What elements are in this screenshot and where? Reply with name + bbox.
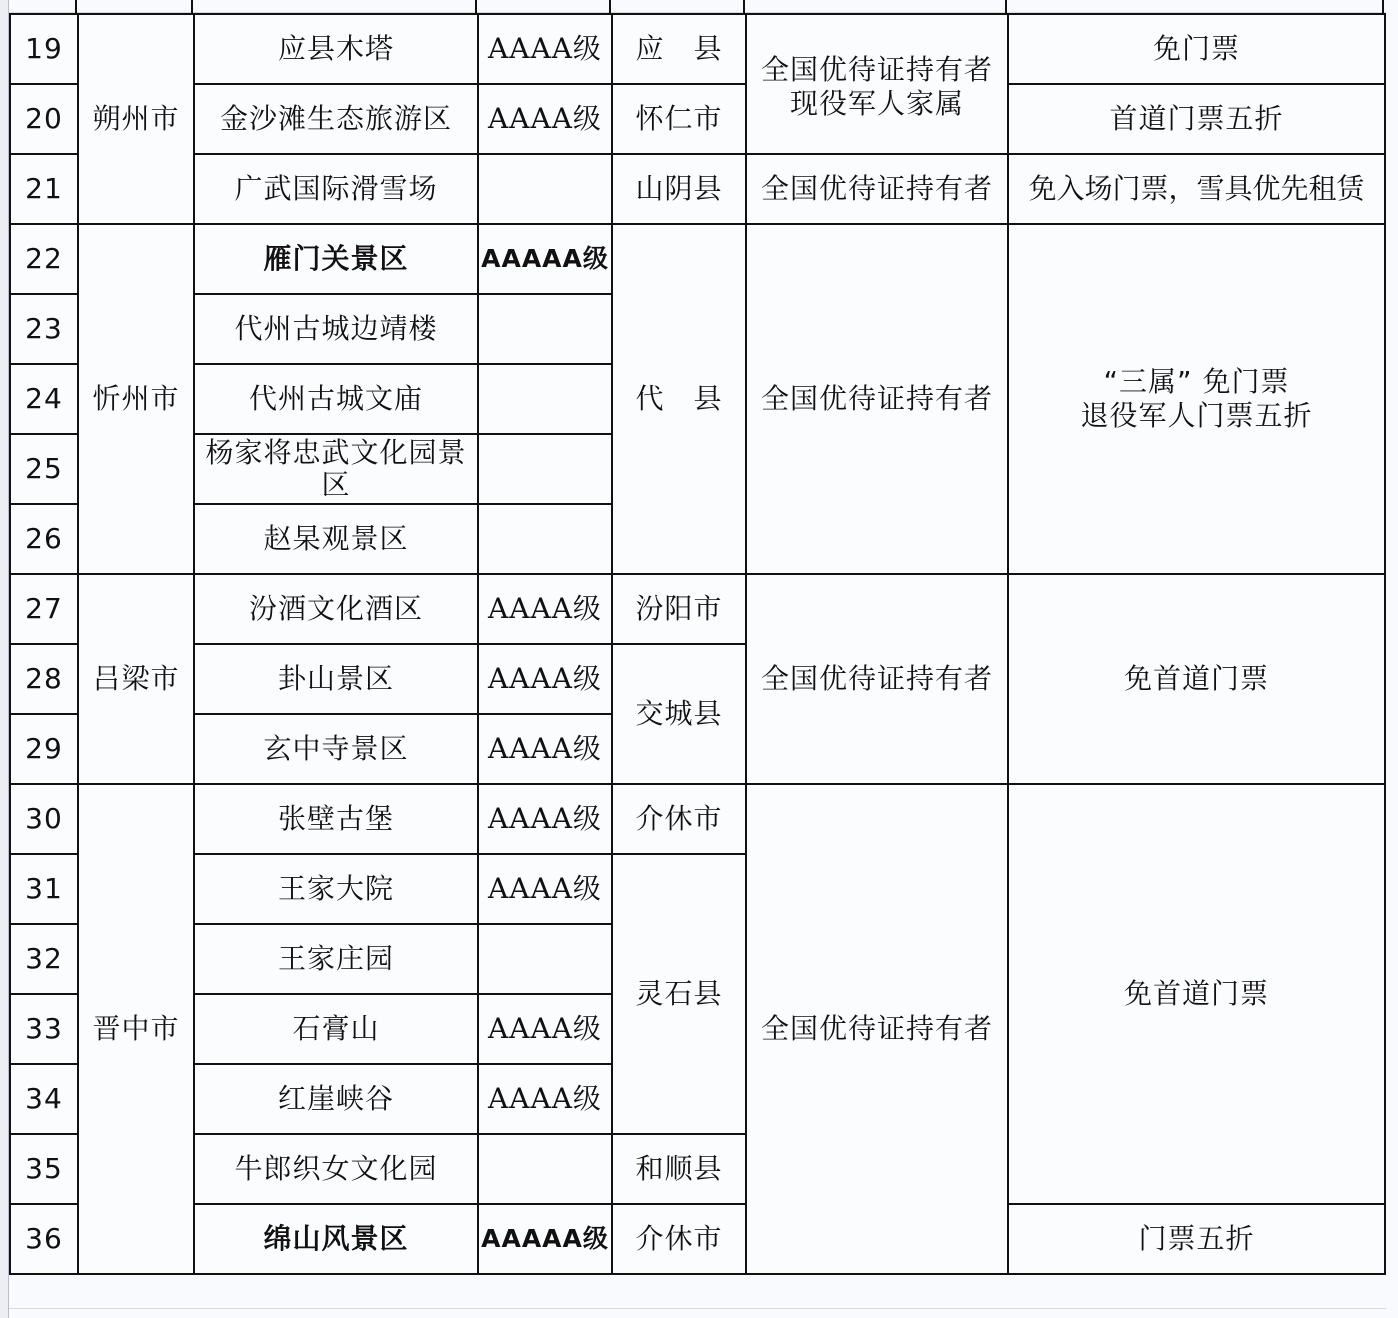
row-number[interactable]: 29 xyxy=(10,714,78,784)
table-row: 19 朔州市 应县木塔 AAAA级 应 县 全国优待证持有者 现役军人家属 免门… xyxy=(10,14,1385,84)
grade-cell[interactable] xyxy=(478,1134,612,1204)
grade-cell[interactable] xyxy=(478,154,612,224)
county-cell[interactable]: 汾阳市 xyxy=(612,574,746,644)
table-row: 22 忻州市 雁门关景区 AAAAA级 代 县 全国优待证持有者 “三属” 免门… xyxy=(10,224,1385,294)
county-cell[interactable]: 应 县 xyxy=(612,14,746,84)
row-number[interactable]: 19 xyxy=(10,14,78,84)
row-number[interactable]: 36 xyxy=(10,1204,78,1274)
scenic-name-cell[interactable]: 红崖峡谷 xyxy=(194,1064,478,1134)
policy-cell[interactable]: 首道门票五折 xyxy=(1008,84,1385,154)
scenic-name-cell[interactable]: 广武国际滑雪场 xyxy=(194,154,478,224)
city-cell[interactable]: 忻州市 xyxy=(78,224,194,574)
row-number[interactable]: 35 xyxy=(10,1134,78,1204)
scenic-name-cell[interactable]: 杨家将忠武文化园景 区 xyxy=(194,434,478,504)
county-cell[interactable]: 和顺县 xyxy=(612,1134,746,1204)
target-cell[interactable]: 全国优待证持有者 xyxy=(746,224,1008,574)
table-row: 20 金沙滩生态旅游区 AAAA级 怀仁市 首道门票五折 xyxy=(10,84,1385,154)
table-row: 36 绵山风景区 AAAAA级 介休市 门票五折 xyxy=(10,1204,1385,1274)
row-header-strip xyxy=(0,0,9,1318)
target-cell[interactable]: 全国优待证持有者 现役军人家属 xyxy=(746,14,1008,154)
table-row: 21 广武国际滑雪场 山阴县 全国优待证持有者 免入场门票，雪具优先租赁 xyxy=(10,154,1385,224)
scenic-name-cell[interactable]: 玄中寺景区 xyxy=(194,714,478,784)
row-number[interactable]: 20 xyxy=(10,84,78,154)
row-number[interactable]: 33 xyxy=(10,994,78,1064)
row-number[interactable]: 27 xyxy=(10,574,78,644)
county-cell[interactable]: 怀仁市 xyxy=(612,84,746,154)
grade-cell[interactable] xyxy=(478,504,612,574)
row-number[interactable]: 31 xyxy=(10,854,78,924)
grade-cell[interactable]: AAAA级 xyxy=(478,644,612,714)
row-number[interactable]: 22 xyxy=(10,224,78,294)
scenic-name-cell[interactable]: 绵山风景区 xyxy=(194,1204,478,1274)
scenic-name-cell[interactable]: 汾酒文化酒区 xyxy=(194,574,478,644)
row-number[interactable]: 26 xyxy=(10,504,78,574)
scenic-name-cell[interactable]: 石膏山 xyxy=(194,994,478,1064)
scenic-name-cell[interactable]: 代州古城边靖楼 xyxy=(194,294,478,364)
table-row: 27 吕梁市 汾酒文化酒区 AAAA级 汾阳市 全国优待证持有者 免首道门票 xyxy=(10,574,1385,644)
grade-cell[interactable]: AAAA级 xyxy=(478,1064,612,1134)
scenic-name-cell[interactable]: 应县木塔 xyxy=(194,14,478,84)
grade-cell[interactable]: AAAA级 xyxy=(478,84,612,154)
city-cell[interactable]: 朔州市 xyxy=(78,14,194,224)
sheet-right-area xyxy=(1386,0,1398,1318)
grade-cell[interactable] xyxy=(478,364,612,434)
county-cell[interactable]: 灵石县 xyxy=(612,854,746,1134)
scenic-name-cell[interactable]: 雁门关景区 xyxy=(194,224,478,294)
table-row: 30 晋中市 张壁古堡 AAAA级 介休市 全国优待证持有者 免首道门票 xyxy=(10,784,1385,854)
grade-cell[interactable]: AAAA级 xyxy=(478,784,612,854)
county-cell[interactable]: 介休市 xyxy=(612,1204,746,1274)
county-cell[interactable]: 山阴县 xyxy=(612,154,746,224)
scenic-name-cell[interactable]: 金沙滩生态旅游区 xyxy=(194,84,478,154)
row-number[interactable]: 24 xyxy=(10,364,78,434)
county-cell[interactable]: 代 县 xyxy=(612,224,746,574)
grade-cell[interactable] xyxy=(478,924,612,994)
row-number[interactable]: 32 xyxy=(10,924,78,994)
scenic-name-cell[interactable]: 赵杲观景区 xyxy=(194,504,478,574)
city-cell[interactable]: 吕梁市 xyxy=(78,574,194,784)
row-number[interactable]: 25 xyxy=(10,434,78,504)
grade-cell[interactable]: AAAAA级 xyxy=(478,224,612,294)
grade-cell[interactable] xyxy=(478,294,612,364)
grade-cell[interactable]: AAAA级 xyxy=(478,714,612,784)
scenic-spot-discount-table: 19 朔州市 应县木塔 AAAA级 应 县 全国优待证持有者 现役军人家属 免门… xyxy=(9,13,1386,1275)
target-cell[interactable]: 全国优待证持有者 xyxy=(746,574,1008,784)
scenic-name-cell[interactable]: 代州古城文庙 xyxy=(194,364,478,434)
row-number[interactable]: 21 xyxy=(10,154,78,224)
scenic-name-cell[interactable]: 王家大院 xyxy=(194,854,478,924)
scenic-name-cell[interactable]: 王家庄园 xyxy=(194,924,478,994)
grade-cell[interactable]: AAAA级 xyxy=(478,14,612,84)
row-number[interactable]: 28 xyxy=(10,644,78,714)
county-cell[interactable]: 介休市 xyxy=(612,784,746,854)
scenic-name-cell[interactable]: 牛郎织女文化园 xyxy=(194,1134,478,1204)
city-cell[interactable]: 晋中市 xyxy=(78,784,194,1274)
spreadsheet-table-container: 19 朔州市 应县木塔 AAAA级 应 县 全国优待证持有者 现役军人家属 免门… xyxy=(9,13,1386,1275)
row-number[interactable]: 23 xyxy=(10,294,78,364)
grade-cell[interactable]: AAAA级 xyxy=(478,854,612,924)
grade-cell[interactable] xyxy=(478,434,612,504)
policy-cell[interactable]: 门票五折 xyxy=(1008,1204,1385,1274)
grade-cell[interactable]: AAAA级 xyxy=(478,994,612,1064)
target-cell[interactable]: 全国优待证持有者 xyxy=(746,154,1008,224)
row-number[interactable]: 30 xyxy=(10,784,78,854)
row-number[interactable]: 34 xyxy=(10,1064,78,1134)
scenic-name-cell[interactable]: 卦山景区 xyxy=(194,644,478,714)
policy-cell[interactable]: 免首道门票 xyxy=(1008,574,1385,784)
grade-cell[interactable]: AAAAA级 xyxy=(478,1204,612,1274)
county-cell[interactable]: 交城县 xyxy=(612,644,746,784)
policy-cell[interactable]: 免首道门票 xyxy=(1008,784,1385,1204)
policy-cell[interactable]: 免门票 xyxy=(1008,14,1385,84)
scenic-name-cell[interactable]: 张壁古堡 xyxy=(194,784,478,854)
target-cell[interactable]: 全国优待证持有者 xyxy=(746,784,1008,1274)
policy-cell[interactable]: 免入场门票，雪具优先租赁 xyxy=(1008,154,1385,224)
policy-cell[interactable]: “三属” 免门票 退役军人门票五折 xyxy=(1008,224,1385,574)
grade-cell[interactable]: AAAA级 xyxy=(478,574,612,644)
